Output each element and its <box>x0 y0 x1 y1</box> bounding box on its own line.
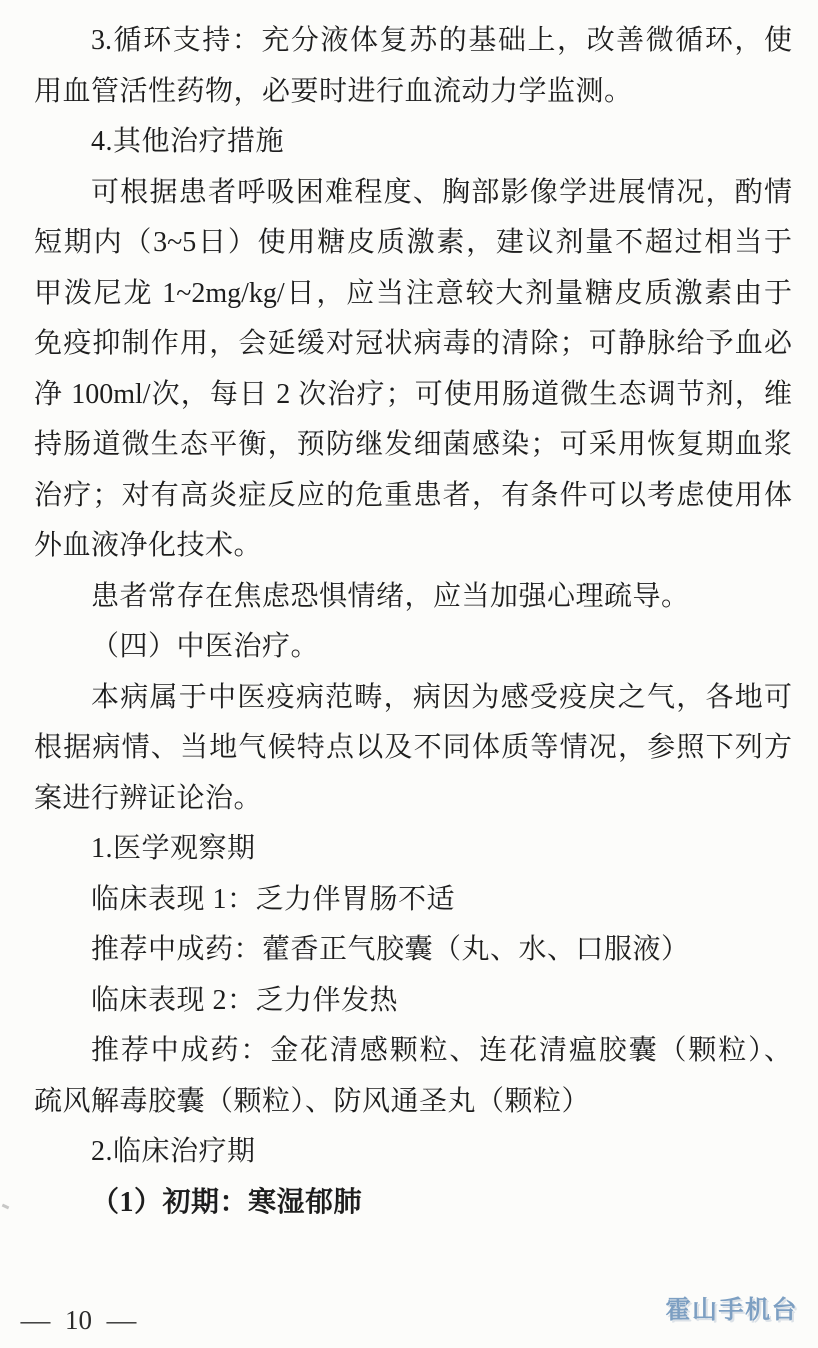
footer-dash-right: — <box>107 1305 137 1336</box>
text-line: 推荐中成药：金花清感颗粒、连花清瘟胶囊（颗粒）、 <box>34 1026 792 1077</box>
text-line: （四）中医治疗。 <box>34 622 792 673</box>
text-line: 临床表现 1：乏力伴胃肠不适 <box>34 875 792 926</box>
text-line: 免疫抑制作用，会延缓对冠状病毒的清除；可静脉给予血必 <box>34 319 792 370</box>
text-line: 净 100ml/次，每日 2 次治疗；可使用肠道微生态调节剂，维 <box>34 370 792 421</box>
text-line: 患者常存在焦虑恐惧情绪，应当加强心理疏导。 <box>34 572 792 623</box>
text-line: 外血液净化技术。 <box>34 521 792 572</box>
watermark-station-logo: 霍山手机台 <box>665 1290 798 1326</box>
text-line: 可根据患者呼吸困难程度、胸部影像学进展情况，酌情 <box>34 168 792 219</box>
text-line: 治疗；对有高炎症反应的危重患者，有条件可以考虑使用体 <box>34 471 792 522</box>
text-line: 用血管活性药物，必要时进行血流动力学监测。 <box>34 67 792 118</box>
footer-dash-left: — <box>21 1305 51 1336</box>
text-line: 临床表现 2：乏力伴发热 <box>34 976 792 1027</box>
page-footer: — 10 — <box>22 1305 135 1336</box>
text-line: 持肠道微生态平衡，预防继发细菌感染；可采用恢复期血浆 <box>34 420 792 471</box>
text-line: 1.医学观察期 <box>34 824 792 875</box>
text-line: （1）初期：寒湿郁肺 <box>34 1178 792 1229</box>
page-number: 10 <box>65 1305 92 1336</box>
text-line: 推荐中成药：藿香正气胶囊（丸、水、口服液） <box>34 925 792 976</box>
text-line: 根据病情、当地气候特点以及不同体质等情况，参照下列方 <box>34 723 792 774</box>
text-line: 短期内（3~5日）使用糖皮质激素，建议剂量不超过相当于 <box>34 218 792 269</box>
text-line: 3.循环支持：充分液体复苏的基础上，改善微循环，使 <box>34 16 792 67</box>
text-block: 3.循环支持：充分液体复苏的基础上，改善微循环，使用血管活性药物，必要时进行血流… <box>34 16 792 1228</box>
scan-artifact <box>2 1204 10 1210</box>
text-line: 本病属于中医疫病范畴，病因为感受疫戾之气，各地可 <box>34 673 792 724</box>
text-line: 甲泼尼龙 1~2mg/kg/日，应当注意较大剂量糖皮质激素由于 <box>34 269 792 320</box>
document-page: 3.循环支持：充分液体复苏的基础上，改善微循环，使用血管活性药物，必要时进行血流… <box>0 0 818 1348</box>
text-line: 案进行辨证论治。 <box>34 774 792 825</box>
text-line: 4.其他治疗措施 <box>34 117 792 168</box>
text-line: 疏风解毒胶囊（颗粒）、防风通圣丸（颗粒） <box>34 1077 792 1128</box>
text-line: 2.临床治疗期 <box>34 1127 792 1178</box>
